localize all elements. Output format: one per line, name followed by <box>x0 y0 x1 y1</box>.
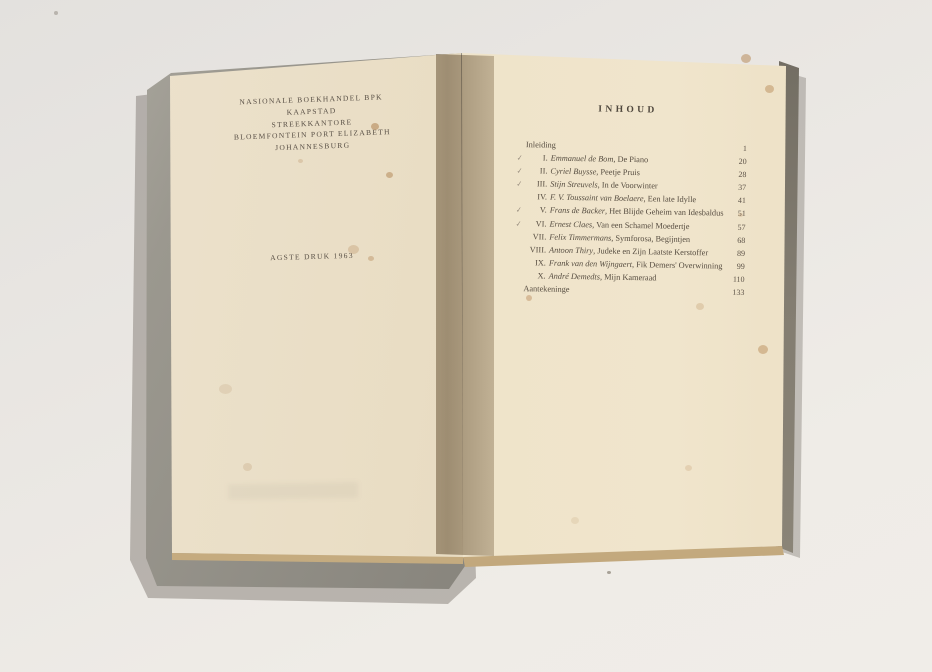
foxing-spot <box>298 159 303 163</box>
toc-author: Stijn Streuvels <box>550 180 598 190</box>
foxing-spot <box>219 384 232 394</box>
toc-page-number: 99 <box>721 261 745 270</box>
toc-entry-text: Frank van den Wijngaert, Fik Demers' Ove… <box>549 258 721 270</box>
toc-title: Aantekeninge <box>523 284 569 294</box>
toc-roman-numeral: VIII. <box>524 245 549 254</box>
toc-entry-text: Emmanuel de Bom, De Piano <box>551 154 723 166</box>
toc-author: Cyriel Buysse <box>550 167 596 177</box>
toc-page-number: 41 <box>722 196 746 205</box>
toc-roman-numeral: X. <box>524 271 549 280</box>
toc-page-number: 57 <box>721 222 745 231</box>
toc-roman-numeral: IV. <box>525 193 550 202</box>
toc-title: Het Blijde Geheim van Idesbaldus <box>609 207 723 218</box>
contents-heading: INHOUD <box>588 104 668 115</box>
pencil-checkmark-icon <box>517 147 526 148</box>
pencil-checkmark-icon <box>515 238 524 239</box>
toc-roman-numeral: VI. <box>524 219 549 228</box>
toc-roman-numeral: IX. <box>524 258 549 267</box>
toc-entry-text: Cyriel Buysse, Peetje Pruis <box>550 167 722 179</box>
pencil-checkmark-icon: ✓ <box>515 218 525 228</box>
toc-roman-numeral: VII. <box>524 232 549 241</box>
toc-page-number: 20 <box>723 157 747 166</box>
toc-entry-text: Ernest Claes, Van een Schamel Moedertje <box>549 219 721 231</box>
toc-entry-text: André Demedts, Mijn Kameraad <box>549 272 721 284</box>
foxing-spot <box>368 256 374 261</box>
pencil-checkmark-icon <box>515 265 524 266</box>
toc-page-number: 68 <box>721 235 745 244</box>
toc-title: Inleiding <box>526 140 556 150</box>
foxing-spot <box>348 245 359 254</box>
toc-title: Symforosa, Begijntjen <box>615 233 690 243</box>
pencil-checkmark-icon <box>514 291 523 292</box>
toc-author: Frank van den Wijngaert <box>549 258 632 268</box>
toc-entry-text: F. V. Toussaint van Boelaere, Een late I… <box>550 193 722 205</box>
toc-title: Fik Demers' Overwinning <box>636 260 722 271</box>
toc-entry-text: Frans de Backer, Het Blijde Geheim van I… <box>550 206 722 218</box>
pencil-checkmark-icon: ✓ <box>516 166 526 176</box>
background-speck <box>54 11 58 15</box>
toc-author: Antoon Thiry <box>549 245 593 255</box>
toc-entry-text: Antoon Thiry, Judeke en Zijn Laatste Ker… <box>549 245 721 257</box>
toc-page-number: 89 <box>721 248 745 257</box>
pencil-checkmark-icon: ✓ <box>516 153 526 163</box>
toc-title: Van een Schamel Moedertje <box>596 220 689 231</box>
toc-entry-text: Stijn Streuvels, In de Voorwinter <box>550 180 722 192</box>
foxing-spot <box>765 85 774 93</box>
foxing-spot <box>758 345 768 354</box>
foxing-spot <box>526 295 532 301</box>
toc-roman-numeral: III. <box>525 179 550 188</box>
toc-title: In de Voorwinter <box>602 181 658 191</box>
toc-roman-numeral: I. <box>526 153 551 162</box>
toc-author: André Demedts <box>549 272 601 282</box>
pencil-checkmark-icon <box>515 278 524 279</box>
toc-title: De Piano <box>617 155 648 165</box>
foxing-spot <box>371 123 379 130</box>
toc-title: Mijn Kameraad <box>604 272 656 282</box>
foxing-spot <box>571 517 579 524</box>
toc-author: Emmanuel de Bom <box>551 154 614 164</box>
book-photo: NASIONALE BOEKHANDEL BPK KAAPSTAD STREEK… <box>0 0 932 672</box>
toc-author: Felix Timmermans <box>549 232 611 242</box>
pencil-checkmark-icon: ✓ <box>515 205 525 215</box>
pencil-checkmark-icon: ✓ <box>516 179 526 189</box>
toc-entry-text: Felix Timmermans, Symforosa, Begijntjen <box>549 232 721 244</box>
toc-page-number: 1 <box>723 144 747 153</box>
toc-page-number: 110 <box>721 275 745 284</box>
foxing-spot <box>243 463 252 471</box>
foxing-spot <box>685 465 692 471</box>
background-speck <box>607 571 611 574</box>
toc-page-number: 28 <box>722 170 746 179</box>
table-of-contents: Inleiding 1 ✓ I. Emmanuel de Bom, De Pia… <box>514 140 747 301</box>
toc-title: Een late Idylle <box>648 195 697 205</box>
foxing-spot <box>741 54 751 63</box>
toc-author: Ernest Claes <box>549 219 592 229</box>
pencil-checkmark-icon <box>516 199 525 200</box>
toc-page-number: 37 <box>722 183 746 192</box>
toc-author: Frans de Backer <box>550 206 605 216</box>
toc-page-number: 133 <box>720 288 744 297</box>
toc-title: Peetje Pruis <box>600 168 640 178</box>
pencil-checkmark-icon <box>515 251 524 252</box>
foxing-spot <box>386 172 393 178</box>
toc-author: F. V. Toussaint van Boelaere <box>550 193 644 204</box>
foxing-spot <box>696 303 704 310</box>
foxing-spot <box>738 213 743 217</box>
toc-roman-numeral: V. <box>525 206 550 215</box>
toc-roman-numeral: II. <box>525 166 550 175</box>
toc-title: Judeke en Zijn Laatste Kerstoffer <box>597 246 708 257</box>
show-through-print <box>228 482 358 500</box>
